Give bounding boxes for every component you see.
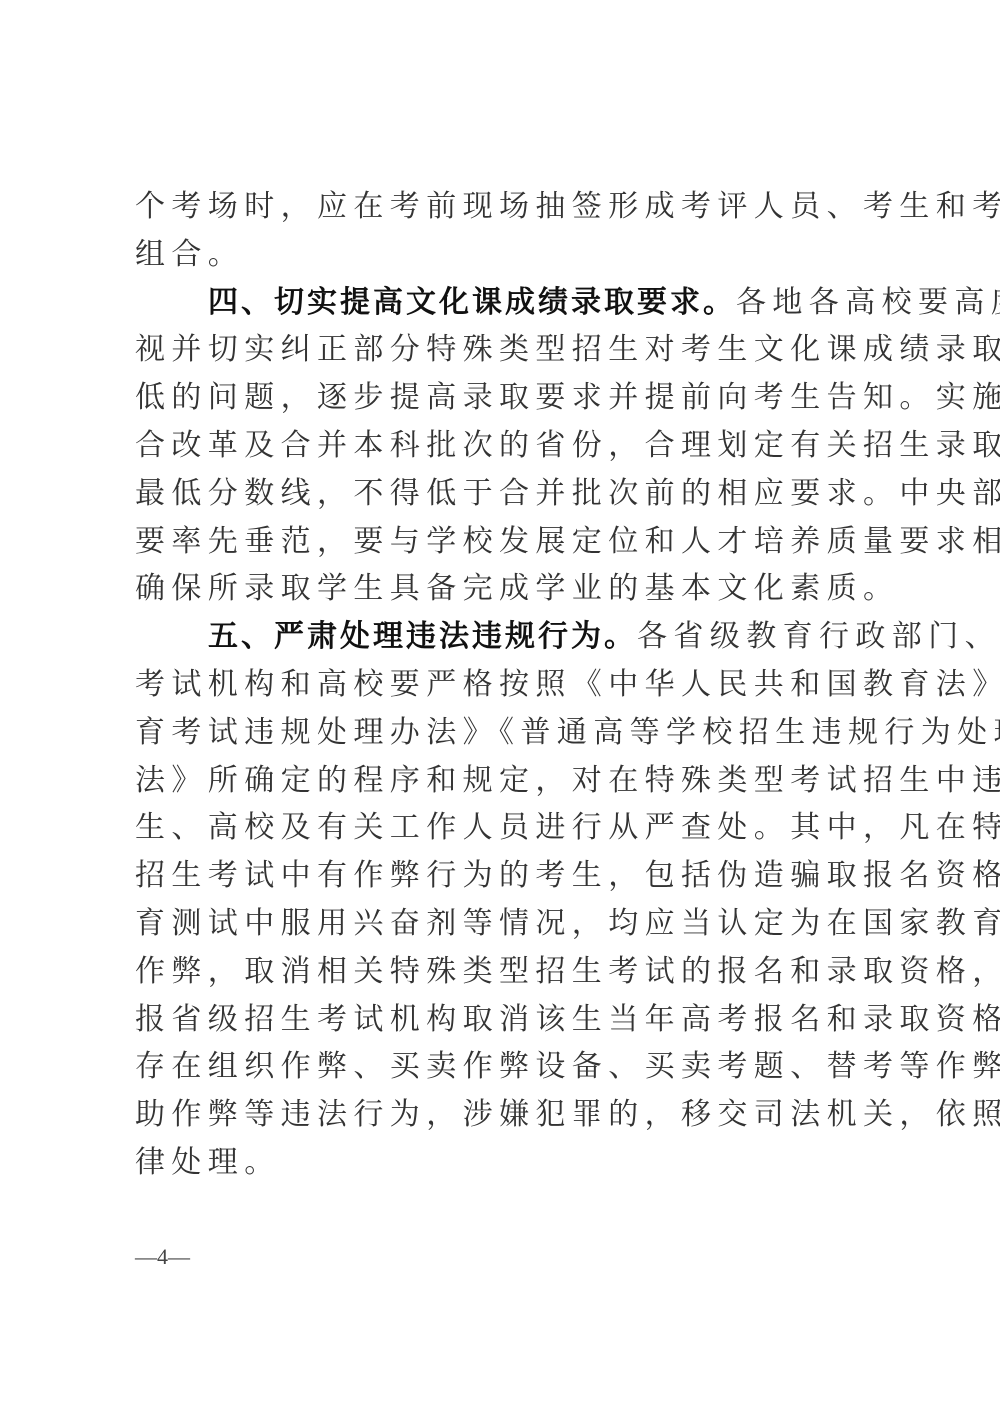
page-number: —4— bbox=[135, 1244, 190, 1270]
text-line: 作弊，取消相关特殊类型招生考试的报名和录取资格，同时通 bbox=[135, 948, 867, 996]
text-line: 个考场时，应在考前现场抽签形成考评人员、考生和考场随机 bbox=[135, 183, 867, 231]
section-4-first-line-text: 各地各高校要高度重 bbox=[736, 285, 1000, 320]
text-line: 考试机构和高校要严格按照《中华人民共和国教育法》《国家教 bbox=[135, 661, 867, 709]
document-body: 个考场时，应在考前现场抽签形成考评人员、考生和考场随机 组合。 四、切实提高文化… bbox=[135, 183, 867, 1187]
text-line: 生、高校及有关工作人员进行从严查处。其中，凡在特殊类型 bbox=[135, 804, 867, 852]
text-line: 低的问题，逐步提高录取要求并提前向考生告知。实施高考综 bbox=[135, 374, 867, 422]
section-4-first-line: 四、切实提高文化课成绩录取要求。各地各高校要高度重 bbox=[135, 279, 867, 327]
section-4-heading: 四、切实提高文化课成绩录取要求。 bbox=[208, 285, 736, 320]
text-line: 助作弊等违法行为，涉嫌犯罪的，移交司法机关，依照有关法 bbox=[135, 1091, 867, 1139]
text-line: 法》所确定的程序和规定，对在特殊类型考试招生中违规的考 bbox=[135, 757, 867, 805]
paragraph-continuation: 个考场时，应在考前现场抽签形成考评人员、考生和考场随机 组合。 bbox=[135, 183, 867, 279]
paragraph-section-4: 四、切实提高文化课成绩录取要求。各地各高校要高度重 视并切实纠正部分特殊类型招生… bbox=[135, 279, 867, 614]
text-line: 视并切实纠正部分特殊类型招生对考生文化课成绩录取要求偏 bbox=[135, 326, 867, 374]
text-line: 要率先垂范，要与学校发展定位和人才培养质量要求相一致， bbox=[135, 518, 867, 566]
text-line: 育考试违规处理办法》《普通高等学校招生违规行为处理暂行办 bbox=[135, 709, 867, 757]
section-5-first-line: 五、严肃处理违法违规行为。各省级教育行政部门、招生 bbox=[135, 613, 867, 661]
section-5-first-line-text: 各省级教育行政部门、招生 bbox=[637, 619, 1000, 654]
text-line: 组合。 bbox=[135, 231, 867, 279]
text-line: 最低分数线，不得低于合并批次前的相应要求。中央部门高校 bbox=[135, 470, 867, 518]
document-page: 个考场时，应在考前现场抽签形成考评人员、考生和考场随机 组合。 四、切实提高文化… bbox=[0, 0, 1000, 1415]
paragraph-section-5: 五、严肃处理违法违规行为。各省级教育行政部门、招生 考试机构和高校要严格按照《中… bbox=[135, 613, 867, 1187]
text-line: 存在组织作弊、买卖作弊设备、买卖考题、替考等作弊以及帮 bbox=[135, 1043, 867, 1091]
text-line: 招生考试中有作弊行为的考生，包括伪造骗取报名资格、在体 bbox=[135, 852, 867, 900]
text-line: 律处理。 bbox=[135, 1139, 867, 1187]
section-5-heading: 五、严肃处理违法违规行为。 bbox=[208, 619, 637, 654]
text-line: 报省级招生考试机构取消该生当年高考报名和录取资格。发现 bbox=[135, 996, 867, 1044]
text-line: 确保所录取学生具备完成学业的基本文化素质。 bbox=[135, 565, 867, 613]
text-line: 合改革及合并本科批次的省份，合理划定有关招生录取文化课 bbox=[135, 422, 867, 470]
text-line: 育测试中服用兴奋剂等情况，均应当认定为在国家教育考试中 bbox=[135, 900, 867, 948]
